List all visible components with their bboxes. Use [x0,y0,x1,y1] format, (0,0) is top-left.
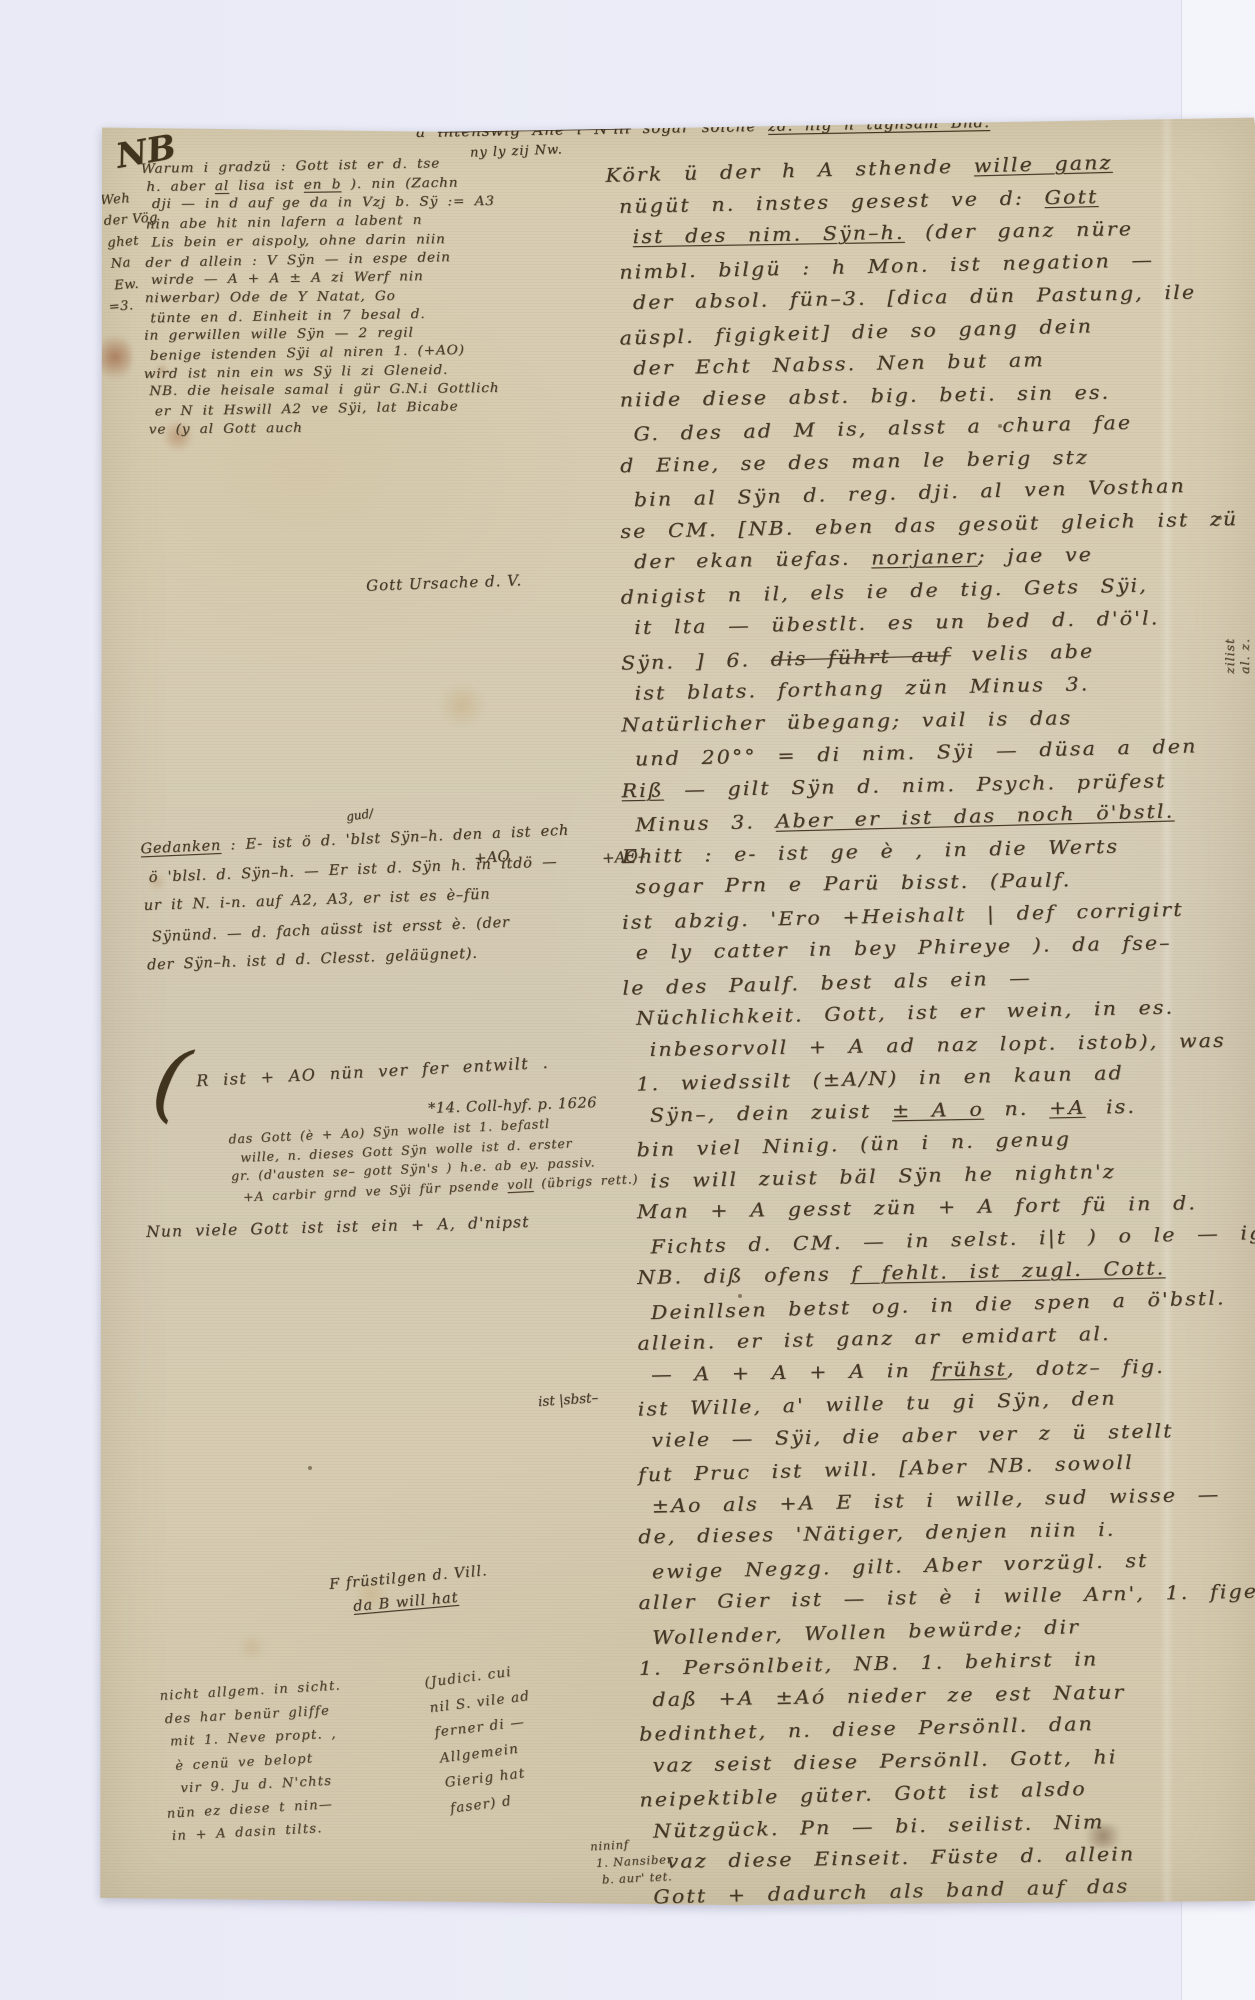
hand-line: ve (y al Gott auch [149,417,500,440]
closing-line: Nun viele Gott ist ist ein + A, d'nipst [146,1213,530,1241]
paragraph-bottom-left: nicht allgem. in sicht.des har benür gli… [168,1675,349,1848]
struck-text: dis führt auf [770,644,951,671]
brace-flourish: ( [146,1030,196,1134]
underlined-text: f fehlt. ist zugl. Cott. [851,1257,1165,1285]
underlined-text: ist des nim. Sÿn–h. [632,222,904,248]
vertical-marginalia: zilist al. z. Sÿ. in. [1222,638,1255,674]
margin-formula-plus-ao: +AO [473,847,510,867]
small-note-block: das Gott (è + Ao) Sÿn wolle ist 1. befas… [238,1111,639,1206]
marginal-note: ist |sbst– [538,1390,599,1410]
heading-gott-ursache: Gott Ursache d. V. [366,571,523,594]
rust-stain [98,330,132,384]
paragraph-gedanken: Gedanken : E- ist ö d. 'blst Sÿn–h. den … [146,818,574,982]
underlined-text: Riß [621,779,664,802]
underlined-text: al [215,179,229,194]
main-text-column-right: Körk ü der h A sthende wille ganznügüt n… [618,145,1255,1913]
ink-speck [308,1466,312,1470]
underlined-text: da B will hat [353,1590,460,1615]
paper-wrap: a intenswig Ane i N'ill sogar solche zd.… [0,0,1255,2000]
paragraph-bottom-middle: (Judici. cuinil S. vile adferner di —All… [430,1658,544,1822]
paragraph-top-left: Warum i gradzü : Gott ist er d. tseh. ab… [146,155,500,440]
underlined-text: frühst [931,1358,1007,1381]
heading-f: F früstilgen d. Vill.da B will hat [328,1559,490,1621]
formula-line: R ist + AO nün ver fer entwilt . [196,1053,550,1090]
underlined-text: zd. hig n tüghsam Bnd. [768,113,990,135]
paper-stain [236,1634,268,1660]
struck-text: intenswig Ane i N'ill [438,119,631,140]
underlined-text: en b [304,177,342,193]
underlined-text: Aber er ist das noch ö'bstl. [775,800,1174,832]
manuscript-scan: a intenswig Ane i N'ill sogar solche zd.… [0,0,1255,2000]
underlined-text: Gott [1044,185,1098,208]
underlined-text: Gedanken [140,838,221,857]
underlined-text: ± A o [892,1098,984,1122]
interlinear-note: gud/ [345,806,374,824]
interlinear-addition: a intenswig Ane i N'ill sogar solche zd.… [416,113,990,141]
underlined-text: +A [1049,1096,1086,1119]
underlined-text: norjaner [871,546,978,570]
paper-stain [436,684,488,726]
underlined-text: wille ganz [973,152,1112,178]
underlined-text: voll [507,1175,534,1191]
manuscript-page: a intenswig Ane i N'ill sogar solche zd.… [98,114,1255,1906]
